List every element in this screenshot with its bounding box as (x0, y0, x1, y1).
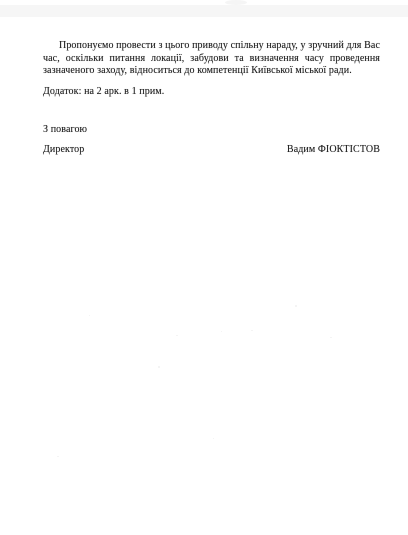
letter-paragraph: Пропонуємо провести з цього приводу спіл… (43, 40, 380, 78)
paragraph-line-2: час, оскільки питання локації, забудови … (43, 53, 380, 66)
scan-smudge (225, 0, 247, 5)
scan-noise-speck (295, 305, 297, 307)
signature-name: Вадим ФІОКТІСТОВ (287, 144, 380, 157)
closing-phrase: З повагою (43, 124, 380, 137)
scan-artifact-band (0, 5, 408, 17)
scan-noise-speck (221, 331, 222, 332)
signature-row: Директор Вадим ФІОКТІСТОВ (43, 144, 380, 157)
scan-noise-speck (330, 337, 332, 338)
scan-noise-speck (57, 456, 59, 457)
scan-noise-speck (213, 438, 214, 439)
signature-role: Директор (43, 144, 84, 157)
scan-noise-speck (158, 366, 160, 368)
paragraph-line-3: зазначеного заходу, відноситься до компе… (43, 65, 380, 78)
scan-noise-speck (251, 330, 253, 331)
scan-noise-speck (89, 315, 90, 316)
scanned-letter-page: Пропонуємо провести з цього приводу спіл… (0, 0, 408, 535)
paragraph-line-1: Пропонуємо провести з цього приводу спіл… (43, 40, 380, 53)
scan-noise-speck (176, 335, 178, 336)
attachment-note: Додаток: на 2 арк. в 1 прим. (43, 86, 380, 99)
